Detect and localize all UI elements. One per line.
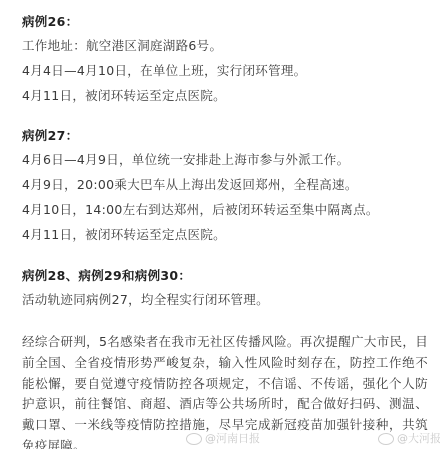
case-26-line: 4月4日—4月10日，在单位上班，实行闭环管理。 [22,63,306,79]
case-26-heading: 病例26： [22,14,78,30]
watermark-dahe: @大河报 [378,430,440,446]
weibo-icon [378,433,394,445]
case-28-30-heading: 病例28、病例29和病例30： [22,268,191,284]
case-27-line: 4月6日—4月9日，单位统一安排赴上海市参与外派工作。 [22,152,349,168]
case-27-heading: 病例27： [22,128,78,144]
case-27-line: 4月9日，20:00乘大巴车从上海出发返回郑州，全程高速。 [22,177,358,193]
case-26-line: 4月11日，被闭环转运至定点医院。 [22,88,226,104]
case-27-line: 4月11日，被闭环转运至定点医院。 [22,227,226,243]
watermark-henan-daily: @河南日报 [186,430,260,446]
weibo-icon [186,433,202,445]
case-27-line: 4月10日，14:00左右到达郑州，后被闭环转运至集中隔离点。 [22,202,379,218]
case-26-line: 工作地址：航空港区洞庭湖路6号。 [22,38,222,54]
case-28-30-line: 活动轨迹同病例27，均全程实行闭环管理。 [22,292,269,308]
